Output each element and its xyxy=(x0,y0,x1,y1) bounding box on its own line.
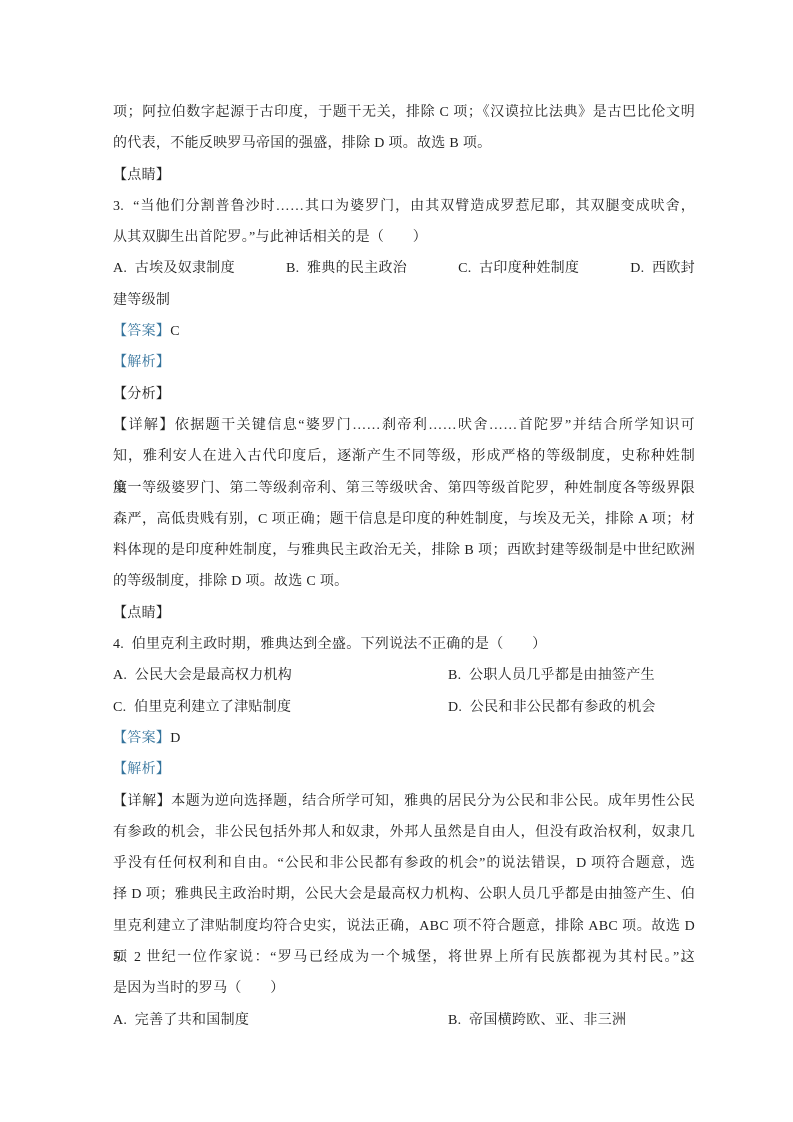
tagged-line: 【解析】 xyxy=(113,347,695,378)
line-text: 【详解】依据题干关键信息“婆罗门……刹帝利……吠舍……首陀罗”并结合所学知识可 xyxy=(113,418,695,433)
text-line: 【分析】 xyxy=(113,379,695,410)
text-line: 有参政的机会，非公民包括外邦人和奴隶，外邦人虽然是自由人，但没有政治权利，奴隶几 xyxy=(113,817,695,848)
option-a: A. 公民大会是最高权力机构 xyxy=(113,660,448,691)
analysis-tag: 【解析】 xyxy=(113,762,170,777)
text-line: 项；阿拉伯数字起源于古印度，于题干无关，排除 C 项；《汉谟拉比法典》是古巴比伦… xyxy=(113,97,695,128)
line-text: 项；阿拉伯数字起源于古印度，于题干无关，排除 C 项；《汉谟拉比法典》是古巴比伦… xyxy=(113,105,695,120)
line-text: 森严，高低贵贱有别，C 项正确；题干信息是印度的种姓制度，与埃及无关，排除 A … xyxy=(113,512,695,527)
tagged-line: 【解析】 xyxy=(113,754,695,785)
option-c: C. 古印度种姓制度 xyxy=(458,253,579,284)
text-line: 择 D 项；雅典民主政治时期，公民大会是最高权力机构、公职人员几乎都是由抽签产生… xyxy=(113,879,695,910)
option-c: C. 伯里克利建立了津贴制度 xyxy=(113,692,448,723)
line-text: 【分析】 xyxy=(113,387,170,402)
option-a: A. 古埃及奴隶制度 xyxy=(113,253,235,284)
option-b: B. 公职人员几乎都是由抽签产生 xyxy=(448,660,655,691)
text-line: 3. “当他们分割普鲁沙时……其口为婆罗门，由其双臂造成罗惹尼耶，其双腿变成吠舍… xyxy=(113,191,695,222)
text-line: 的代表，不能反映罗马帝国的强盛，排除 D 项。故选 B 项。 xyxy=(113,128,695,159)
text-line: 【详解】依据题干关键信息“婆罗门……刹帝利……吠舍……首陀罗”并结合所学知识可 xyxy=(113,410,695,441)
option-d: D. 西欧封 xyxy=(630,253,695,284)
tagged-line: 【答案】C xyxy=(113,316,695,347)
line-text: 4. 伯里克利主政时期，雅典达到全盛。下列说法不正确的是（ ） xyxy=(113,637,546,652)
line-text: 建等级制 xyxy=(113,293,170,308)
option-b: B. 帝国横跨欧、亚、非三洲 xyxy=(448,1005,626,1036)
text-line: 4. 伯里克利主政时期，雅典达到全盛。下列说法不正确的是（ ） xyxy=(113,629,695,660)
text-line: 的等级制度，排除 D 项。故选 C 项。 xyxy=(113,566,695,597)
text-line: 【点睛】 xyxy=(113,598,695,629)
line-text: 【点睛】 xyxy=(113,168,170,183)
line-text: 的代表，不能反映罗马帝国的强盛，排除 D 项。故选 B 项。 xyxy=(113,136,491,151)
exam-document-page: 项；阿拉伯数字起源于古印度，于题干无关，排除 C 项；《汉谟拉比法典》是古巴比伦… xyxy=(0,0,793,1122)
options-row: C. 伯里克利建立了津贴制度D. 公民和非公民都有参政的机会 xyxy=(113,692,695,723)
line-text: 【详解】本题为逆向选择题，结合所学可知，雅典的居民分为公民和非公民。成年男性公民 xyxy=(113,794,695,809)
line-text: 【点睛】 xyxy=(113,606,170,621)
answer-value: D xyxy=(170,731,180,746)
line-text: 有参政的机会，非公民包括外邦人和奴隶，外邦人虽然是自由人，但没有政治权利，奴隶几 xyxy=(113,825,695,840)
line-text: 3. “当他们分割普鲁沙时……其口为婆罗门，由其双臂造成罗惹尼耶，其双腿变成吠舍… xyxy=(113,199,695,214)
document-text-block: 项；阿拉伯数字起源于古印度，于题干无关，排除 C 项；《汉谟拉比法典》是古巴比伦… xyxy=(113,97,695,1036)
line-text: 择 D 项；雅典民主政治时期，公民大会是最高权力机构、公职人员几乎都是由抽签产生… xyxy=(113,887,695,902)
text-line: 知，雅利安人在进入古代印度后，逐渐产生不同等级，形成严格的等级制度，史称种姓制度… xyxy=(113,441,695,472)
option-a: A. 完善了共和国制度 xyxy=(113,1005,448,1036)
text-line: 建等级制 xyxy=(113,285,695,316)
line-text: 5. 2 世纪一位作家说：“罗马已经成为一个城堡，将世界上所有民族都视为其村民。… xyxy=(113,950,695,965)
text-line: 乎没有任何权利和自由。“公民和非公民都有参政的机会”的说法错误，D 项符合题意，… xyxy=(113,848,695,879)
line-text: 第一等级婆罗门、第二等级刹帝利、第三等级吠舍、第四等级首陀罗，种姓制度各等级界限 xyxy=(113,481,695,496)
line-text: 乎没有任何权利和自由。“公民和非公民都有参政的机会”的说法错误，D 项符合题意，… xyxy=(113,856,695,871)
text-line: 第一等级婆罗门、第二等级刹帝利、第三等级吠舍、第四等级首陀罗，种姓制度各等级界限 xyxy=(113,473,695,504)
options-row: A. 完善了共和国制度B. 帝国横跨欧、亚、非三洲 xyxy=(113,1005,695,1036)
text-line: 料体现的是印度种姓制度，与雅典民主政治无关，排除 B 项；西欧封建等级制是中世纪… xyxy=(113,535,695,566)
line-text: 从其双脚生出首陀罗。”与此神话相关的是（ ） xyxy=(113,230,427,245)
option-b: B. 雅典的民主政治 xyxy=(286,253,407,284)
answer-value: C xyxy=(170,324,180,339)
options-row: A. 公民大会是最高权力机构B. 公职人员几乎都是由抽签产生 xyxy=(113,660,695,691)
text-line: 是因为当时的罗马（ ） xyxy=(113,973,695,1004)
tagged-line: 【答案】D xyxy=(113,723,695,754)
text-line: 里克利建立了津贴制度均符合史实，说法正确，ABC 项不符合题意，排除 ABC 项… xyxy=(113,911,695,942)
answer-tag: 【答案】 xyxy=(113,731,170,746)
line-text: 的等级制度，排除 D 项。故选 C 项。 xyxy=(113,574,348,589)
text-line: 【详解】本题为逆向选择题，结合所学可知，雅典的居民分为公民和非公民。成年男性公民 xyxy=(113,786,695,817)
answer-tag: 【答案】 xyxy=(113,324,170,339)
line-text: 是因为当时的罗马（ ） xyxy=(113,981,285,996)
text-line: 森严，高低贵贱有别，C 项正确；题干信息是印度的种姓制度，与埃及无关，排除 A … xyxy=(113,504,695,535)
text-line: 【点睛】 xyxy=(113,160,695,191)
options-row: A. 古埃及奴隶制度B. 雅典的民主政治C. 古印度种姓制度D. 西欧封 xyxy=(113,253,695,284)
text-line: 从其双脚生出首陀罗。”与此神话相关的是（ ） xyxy=(113,222,695,253)
text-line: 5. 2 世纪一位作家说：“罗马已经成为一个城堡，将世界上所有民族都视为其村民。… xyxy=(113,942,695,973)
line-text: 料体现的是印度种姓制度，与雅典民主政治无关，排除 B 项；西欧封建等级制是中世纪… xyxy=(113,543,695,558)
analysis-tag: 【解析】 xyxy=(113,355,170,370)
option-d: D. 公民和非公民都有参政的机会 xyxy=(448,692,656,723)
